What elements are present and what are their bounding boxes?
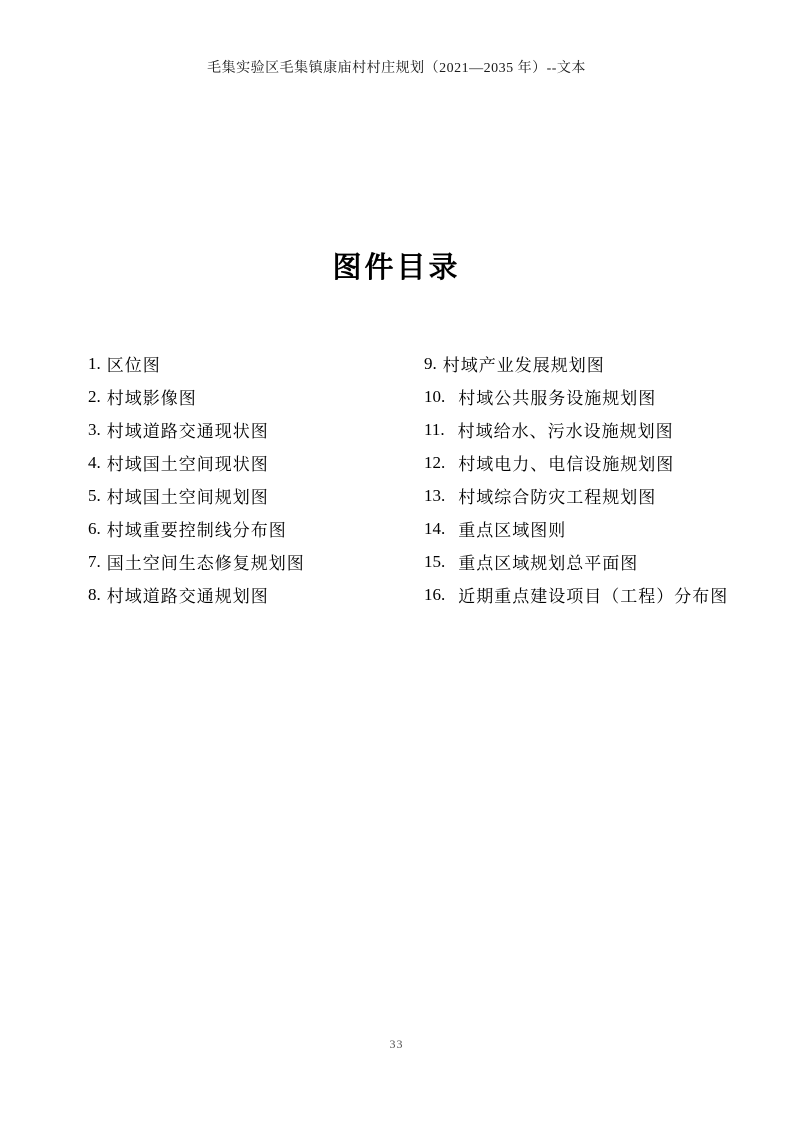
page-title: 图件目录 <box>0 245 793 286</box>
item-label: 区位图 <box>107 351 161 376</box>
figure-list: 1. 区位图 2. 村域影像图 3. 村域道路交通现状图 4. 村域国土空间现状… <box>88 347 728 611</box>
list-item: 11. 村域给水、污水设施规划图 <box>424 413 728 446</box>
document-header: 毛集实验区毛集镇康庙村村庄规划（2021—2035 年）--文本 <box>0 57 793 77</box>
item-number: 2. <box>88 387 101 407</box>
list-item: 13. 村域综合防灾工程规划图 <box>424 479 728 512</box>
list-item: 14. 重点区域图则 <box>424 512 728 545</box>
figure-list-column-right: 9. 村域产业发展规划图 10. 村域公共服务设施规划图 11. 村域给水、污水… <box>424 347 728 611</box>
item-number: 10. <box>424 387 445 407</box>
list-item: 4. 村域国土空间现状图 <box>88 446 424 479</box>
item-label: 村域道路交通现状图 <box>107 417 269 442</box>
document-page: 毛集实验区毛集镇康庙村村庄规划（2021—2035 年）--文本 图件目录 1.… <box>0 0 793 1122</box>
list-item: 15. 重点区域规划总平面图 <box>424 545 728 578</box>
item-label: 村域综合防灾工程规划图 <box>458 483 656 508</box>
list-item: 12. 村域电力、电信设施规划图 <box>424 446 728 479</box>
item-number: 11. <box>424 420 445 440</box>
list-item: 8. 村域道路交通规划图 <box>88 578 424 611</box>
item-number: 12. <box>424 453 445 473</box>
page-number: 33 <box>0 1037 793 1052</box>
figure-list-column-left: 1. 区位图 2. 村域影像图 3. 村域道路交通现状图 4. 村域国土空间现状… <box>88 347 424 611</box>
item-label: 村域电力、电信设施规划图 <box>458 450 674 475</box>
item-label: 近期重点建设项目（工程）分布图 <box>458 582 728 607</box>
list-item: 7. 国土空间生态修复规划图 <box>88 545 424 578</box>
item-label: 村域给水、污水设施规划图 <box>458 417 674 442</box>
item-label: 村域国土空间规划图 <box>107 483 269 508</box>
item-label: 国土空间生态修复规划图 <box>107 549 305 574</box>
item-number: 7. <box>88 552 101 572</box>
item-number: 5. <box>88 486 101 506</box>
list-item: 3. 村域道路交通现状图 <box>88 413 424 446</box>
list-item: 1. 区位图 <box>88 347 424 380</box>
item-number: 6. <box>88 519 101 539</box>
item-label: 村域影像图 <box>107 384 197 409</box>
list-item: 9. 村域产业发展规划图 <box>424 347 728 380</box>
item-label: 重点区域图则 <box>458 516 566 541</box>
item-number: 16. <box>424 585 445 605</box>
item-number: 15. <box>424 552 445 572</box>
list-item: 6. 村域重要控制线分布图 <box>88 512 424 545</box>
list-item: 10. 村域公共服务设施规划图 <box>424 380 728 413</box>
list-item: 2. 村域影像图 <box>88 380 424 413</box>
item-number: 4. <box>88 453 101 473</box>
item-number: 1. <box>88 354 101 374</box>
item-number: 14. <box>424 519 445 539</box>
item-label: 村域公共服务设施规划图 <box>458 384 656 409</box>
item-number: 9. <box>424 354 437 374</box>
item-number: 3. <box>88 420 101 440</box>
item-label: 村域国土空间现状图 <box>107 450 269 475</box>
item-label: 村域道路交通规划图 <box>107 582 269 607</box>
list-item: 16. 近期重点建设项目（工程）分布图 <box>424 578 728 611</box>
item-label: 村域产业发展规划图 <box>443 351 605 376</box>
item-label: 村域重要控制线分布图 <box>107 516 287 541</box>
item-number: 8. <box>88 585 101 605</box>
item-number: 13. <box>424 486 445 506</box>
list-item: 5. 村域国土空间规划图 <box>88 479 424 512</box>
item-label: 重点区域规划总平面图 <box>458 549 638 574</box>
